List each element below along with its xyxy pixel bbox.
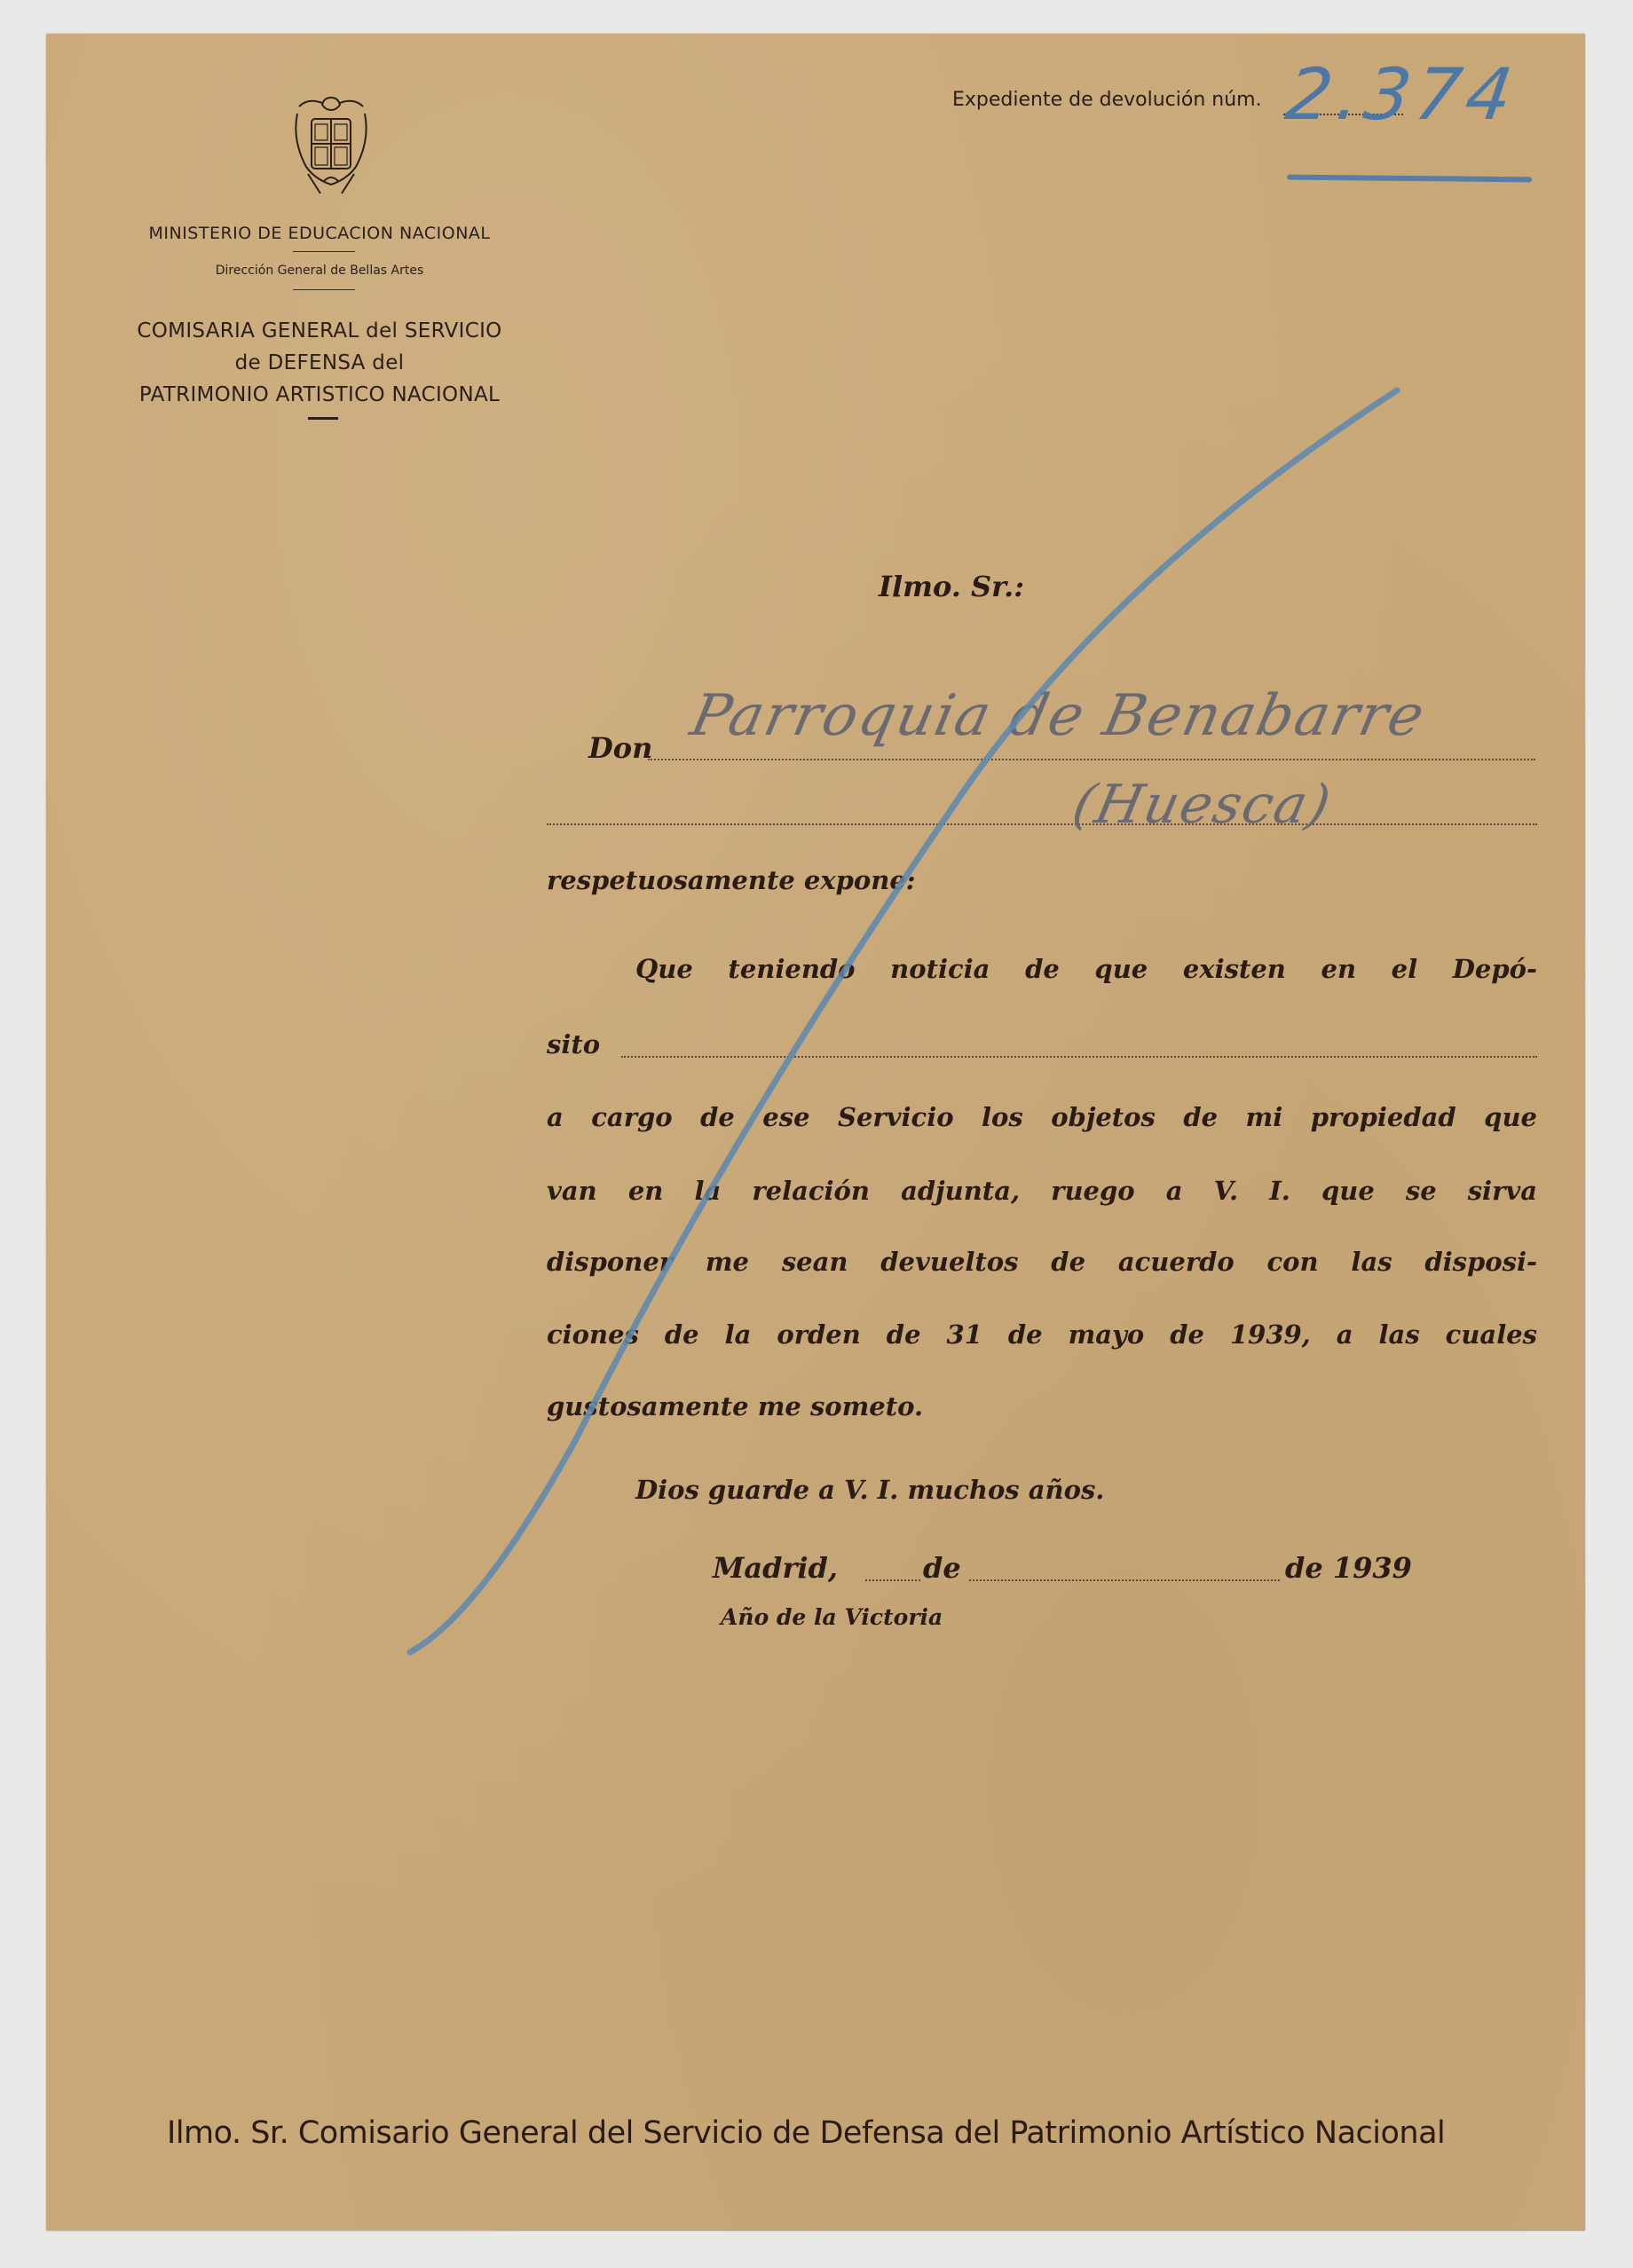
requester-label: Don: [588, 731, 652, 765]
handwritten-requester-name: Parroquia de Benabarre: [685, 683, 1432, 749]
commission-line-2: de DEFENSA del: [106, 347, 532, 379]
file-number-label: Expediente de devolución núm.: [952, 89, 1262, 111]
day-dotted-line: [865, 1579, 920, 1581]
directorate-heading: Dirección General de Bellas Artes: [106, 264, 532, 278]
date-era: Año de la Victoria: [721, 1604, 943, 1630]
closing-formula: Dios guarde a V. I. muchos años.: [635, 1475, 1104, 1505]
deposit-dotted-line: [621, 1056, 1537, 1058]
letterhead-divider: [293, 289, 355, 290]
commission-line-3: PATRIMONIO ARTISTICO NACIONAL: [106, 379, 532, 411]
body-line-7: gustosamente me someto.: [547, 1391, 1537, 1421]
body-line-3: a cargo de ese Servicio los objetos de m…: [547, 1102, 1537, 1132]
month-dotted-line: [969, 1579, 1280, 1581]
body-intro: respetuosamente expone:: [547, 865, 916, 895]
commission-line-1: COMISARIA GENERAL del SERVICIO: [106, 315, 532, 347]
salutation: Ilmo. Sr.:: [879, 570, 1024, 603]
requester-dotted-line-2: [547, 823, 1537, 825]
body-line-2-label: sito: [547, 1029, 600, 1059]
letterhead-divider: [308, 417, 338, 420]
date-city: Madrid,: [713, 1551, 838, 1585]
date-year: de 1939: [1285, 1551, 1412, 1585]
requester-dotted-line: [648, 759, 1535, 760]
body-line-1: Que teniendo noticia de que existen en e…: [635, 954, 1537, 984]
letterhead-divider: [293, 251, 355, 252]
ministry-heading: MINISTERIO DE EDUCACION NACIONAL: [106, 224, 532, 243]
body-line-5: disponer me sean devueltos de acuerdo co…: [547, 1247, 1537, 1277]
commission-heading: COMISARIA GENERAL del SERVICIO de DEFENS…: [106, 315, 532, 411]
file-number-value: 2.374: [1281, 53, 1522, 136]
addressee-footer: Ilmo. Sr. Comisario General del Servicio…: [167, 2115, 1445, 2151]
body-line-6: ciones de la orden de 31 de mayo de 1939…: [547, 1319, 1537, 1350]
handwritten-requester-place: (Huesca): [1068, 774, 1337, 836]
date-de: de: [923, 1551, 961, 1585]
coat-of-arms-icon: [288, 89, 374, 199]
body-line-4: van en la relación adjunta, ruego a V. I…: [547, 1176, 1537, 1206]
